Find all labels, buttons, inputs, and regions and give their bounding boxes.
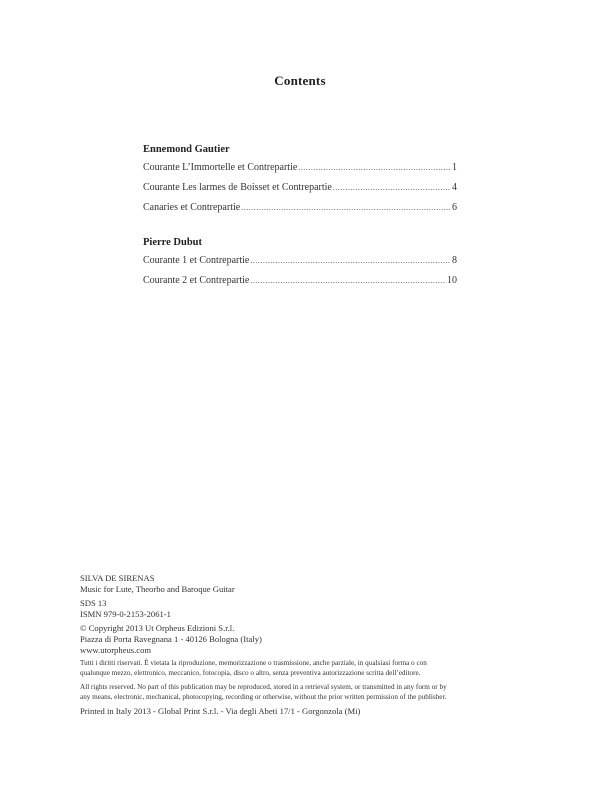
- rights-english: All rights reserved. No part of this pub…: [80, 683, 550, 693]
- toc-entry-page: 6: [452, 198, 457, 218]
- toc-entry-page: 4: [452, 178, 457, 198]
- toc-entry[interactable]: Courante L’Immortelle et Contrepartie 1: [143, 158, 457, 178]
- toc-entry-title: Courante 1 et Contrepartie: [143, 251, 249, 271]
- publisher-address: Piazza di Porta Ravegnana 1 - 40126 Bolo…: [80, 634, 550, 645]
- toc-entry[interactable]: Courante 1 et Contrepartie 8: [143, 251, 457, 271]
- ismn: ISMN 979-0-2153-2061-1: [80, 609, 550, 620]
- rights-english-cont: any means, electronic, mechanical, photo…: [80, 693, 550, 703]
- series-name: SILVA DE SIRENAS: [80, 573, 550, 584]
- toc-entry-title: Courante L’Immortelle et Contrepartie: [143, 158, 297, 178]
- catalog-code: SDS 13: [80, 598, 550, 609]
- printer-info: Printed in Italy 2013 - Global Print S.r…: [80, 706, 550, 717]
- toc-entry-page: 8: [452, 251, 457, 271]
- toc-entry-title: Courante 2 et Contrepartie: [143, 271, 249, 291]
- toc-entry-page: 1: [452, 158, 457, 178]
- toc-entry[interactable]: Courante 2 et Contrepartie 10: [143, 271, 457, 291]
- composer-heading: Ennemond Gautier: [143, 141, 457, 158]
- dot-leader: [250, 251, 451, 271]
- toc-entry-title: Canaries et Contrepartie: [143, 198, 240, 218]
- dot-leader: [241, 198, 451, 218]
- page-title: Contents: [0, 73, 600, 89]
- toc-section-gautier: Ennemond Gautier Courante L’Immortelle e…: [143, 141, 457, 218]
- dot-leader: [298, 158, 451, 178]
- toc-entry-page: 10: [447, 271, 457, 291]
- colophon: SILVA DE SIRENAS Music for Lute, Theorbo…: [80, 573, 550, 721]
- dot-leader: [250, 271, 446, 291]
- publisher-website[interactable]: www.utorpheus.com: [80, 645, 550, 656]
- copyright: © Copyright 2013 Ut Orpheus Edizioni S.r…: [80, 623, 550, 634]
- series-subtitle: Music for Lute, Theorbo and Baroque Guit…: [80, 584, 550, 595]
- dot-leader: [333, 178, 451, 198]
- toc-entry[interactable]: Courante Les larmes de Boisset et Contre…: [143, 178, 457, 198]
- rights-italian: Tutti i diritti riservati. È vietata la …: [80, 659, 550, 669]
- toc-section-dubut: Pierre Dubut Courante 1 et Contrepartie …: [143, 234, 457, 291]
- toc-entry[interactable]: Canaries et Contrepartie 6: [143, 198, 457, 218]
- composer-heading: Pierre Dubut: [143, 234, 457, 251]
- toc-entry-title: Courante Les larmes de Boisset et Contre…: [143, 178, 332, 198]
- rights-italian-cont: qualunque mezzo, elettronico, meccanico,…: [80, 669, 550, 679]
